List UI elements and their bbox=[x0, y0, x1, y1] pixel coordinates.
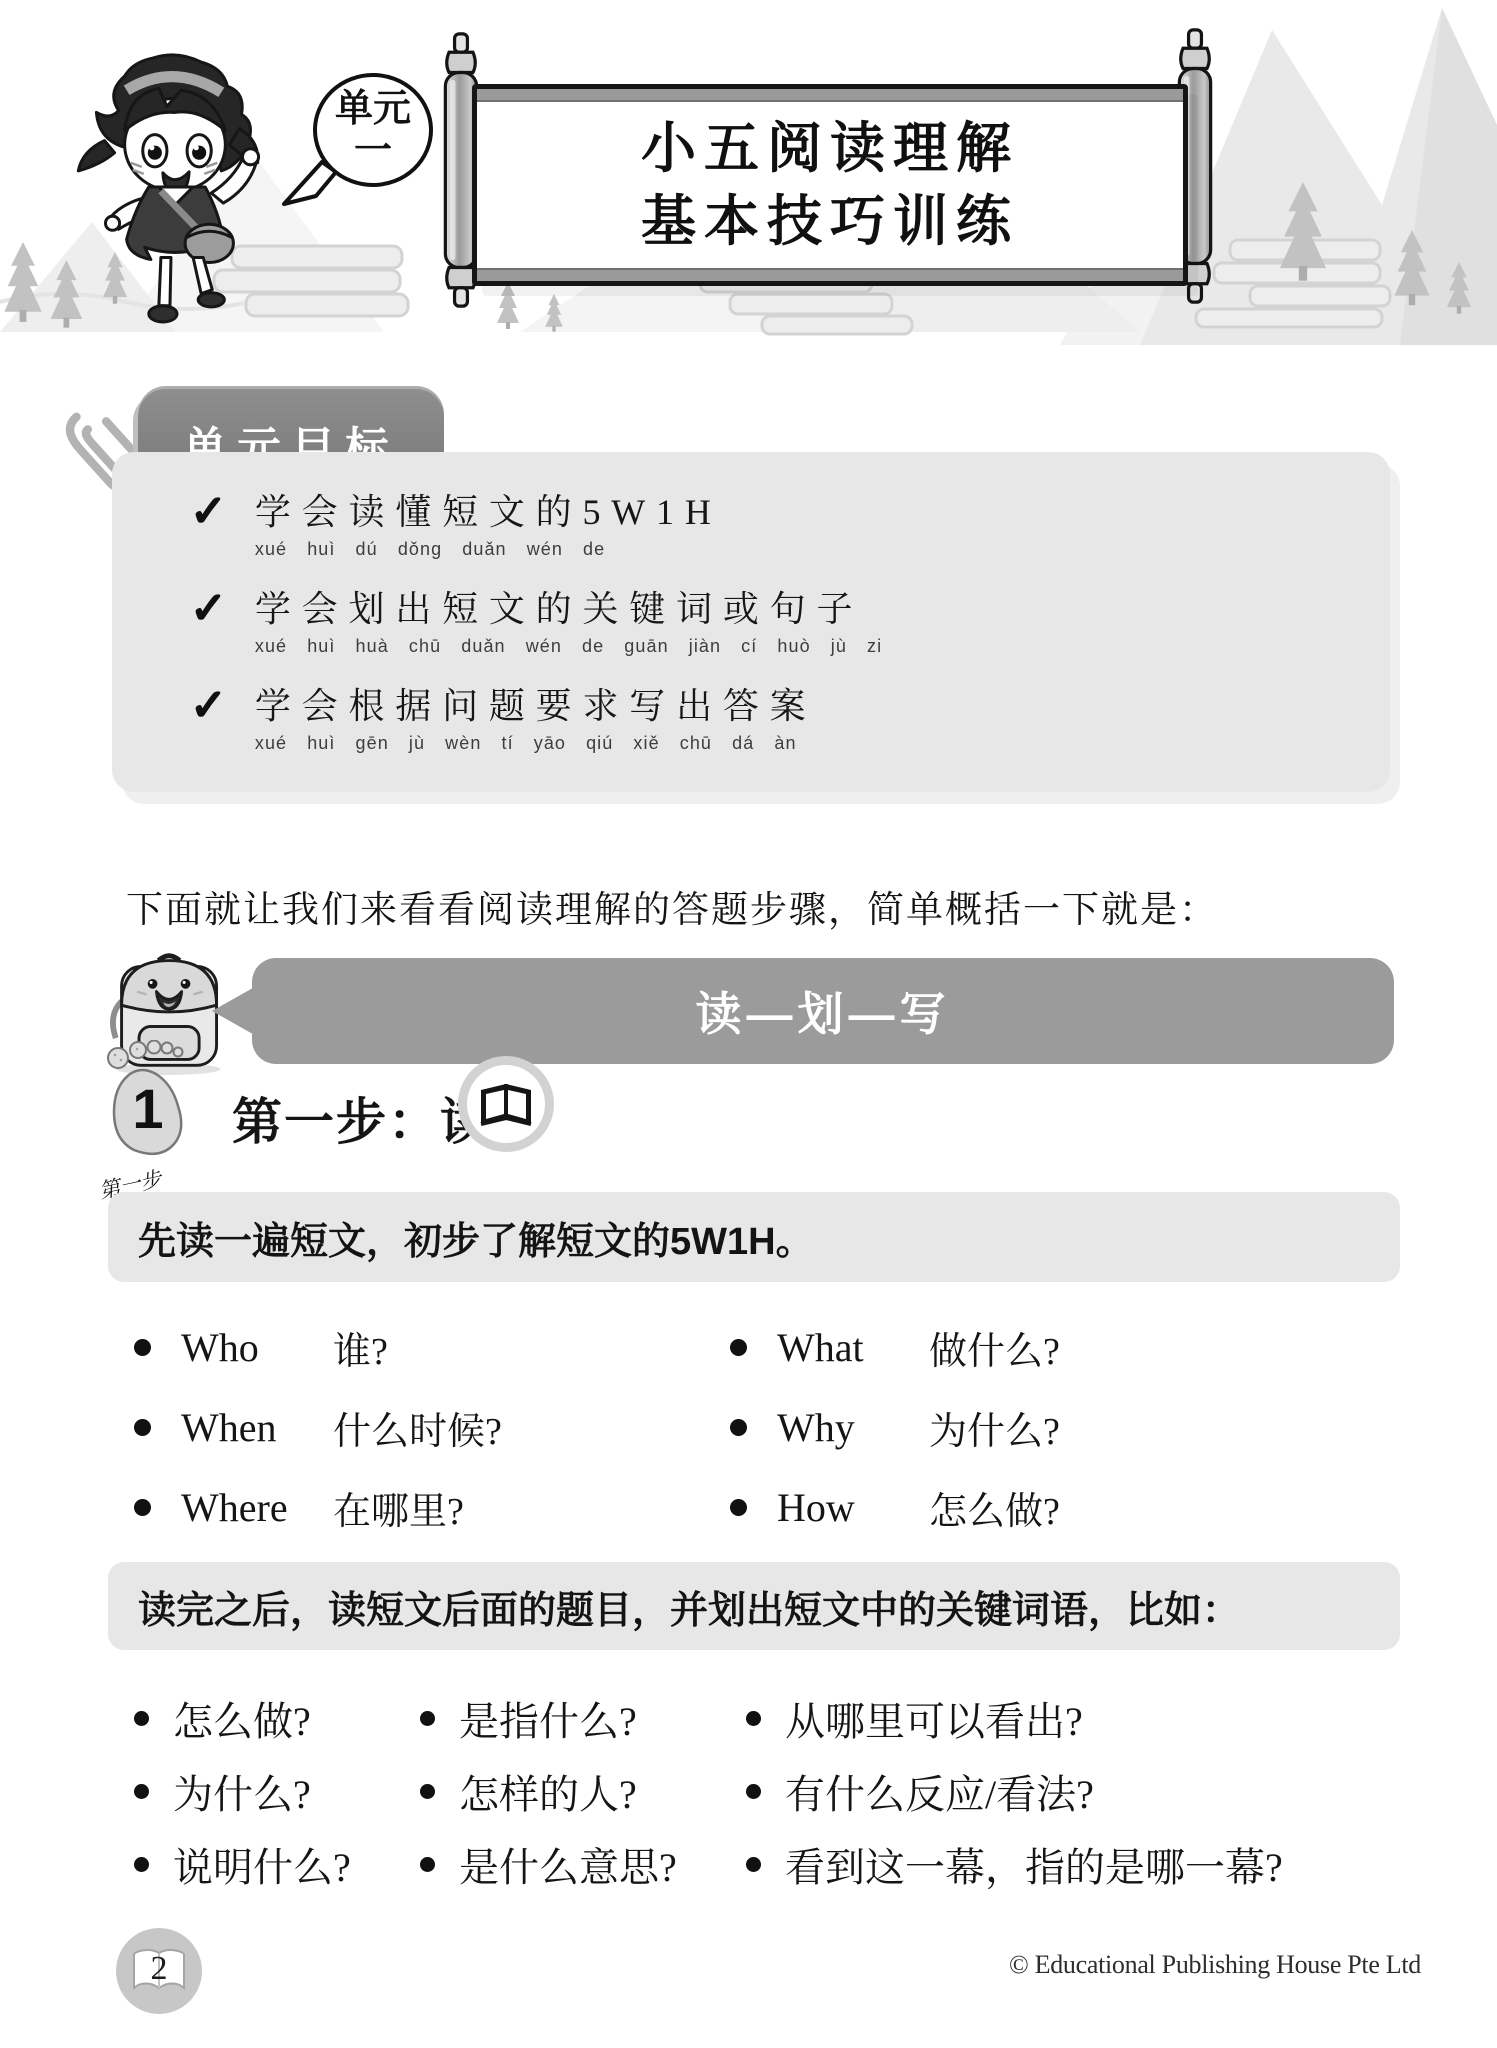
keyword-text: 说明什么? bbox=[173, 1836, 351, 1893]
keyword-text: 是指什么? bbox=[459, 1690, 637, 1747]
page-title: 小五阅读理解 基本技巧训练 bbox=[641, 112, 1019, 257]
list-item: 怎么做? bbox=[134, 1690, 420, 1747]
checkmark-icon: ✓ bbox=[190, 490, 227, 534]
workbook-page: 单元 一 小五阅读理解 bbox=[0, 0, 1497, 2048]
bullet-icon bbox=[134, 1419, 151, 1436]
list-item: What 做什么? bbox=[730, 1320, 1404, 1375]
footprint-step-icon: 1 第一步 bbox=[104, 1040, 204, 1200]
bullet-icon bbox=[420, 1711, 435, 1726]
list-item: How 怎么做? bbox=[730, 1480, 1404, 1535]
intro-paragraph: 下面就让我们来看看阅读理解的答题步骤，简单概括一下就是： bbox=[126, 879, 1436, 933]
w5h1-en: What bbox=[777, 1324, 929, 1371]
student-character-illustration bbox=[70, 50, 282, 332]
list-item: 有什么反应/看法? bbox=[746, 1763, 1424, 1820]
instruction-2-text: 读完之后，读短文后面的题目，并划出短文中的关键词语，比如： bbox=[138, 1579, 1240, 1634]
title-scroll-banner: 小五阅读理解 基本技巧训练 bbox=[472, 84, 1188, 286]
list-item: 为什么? bbox=[134, 1763, 420, 1820]
keyword-text: 怎么做? bbox=[173, 1690, 311, 1747]
bullet-icon bbox=[746, 1711, 761, 1726]
w5h1-zh: 做什么? bbox=[929, 1320, 1060, 1375]
w5h1-en: When bbox=[181, 1404, 333, 1451]
list-item: 是指什么? bbox=[420, 1690, 746, 1747]
keyword-text: 从哪里可以看出? bbox=[785, 1690, 1083, 1747]
w5h1-en: How bbox=[777, 1484, 929, 1531]
page-number: 2 bbox=[116, 1950, 202, 1988]
checkmark-icon: ✓ bbox=[190, 587, 227, 631]
bullet-icon bbox=[134, 1339, 151, 1356]
list-item: 是什么意思? bbox=[420, 1836, 746, 1893]
keyword-text: 为什么? bbox=[173, 1763, 311, 1820]
bullet-icon bbox=[420, 1857, 435, 1872]
objective-pinyin: xué huì dú dǒng duǎn wén de bbox=[255, 539, 722, 560]
method-banner: 读—划—写 bbox=[252, 958, 1394, 1064]
keyword-examples-list: 怎么做? 是指什么? 从哪里可以看出? 为什么? 怎样的人? 有什么反应/看法?… bbox=[134, 1682, 1424, 1901]
w5h1-zh: 怎么做? bbox=[929, 1480, 1060, 1535]
objective-item: ✓ 学会划出短文的关键词或句子 xué huì huà chū duǎn wén… bbox=[190, 587, 1350, 657]
objective-item: ✓ 学会根据问题要求写出答案 xué huì gēn jù wèn tí yāo… bbox=[190, 684, 1350, 754]
bullet-icon bbox=[134, 1499, 151, 1516]
w5h1-zh: 为什么? bbox=[929, 1400, 1060, 1455]
objectives-panel: ✓ 学会读懂短文的5W1H xué huì dú dǒng duǎn wén d… bbox=[112, 452, 1390, 792]
keyword-text: 有什么反应/看法? bbox=[785, 1763, 1094, 1820]
w5h1-zh: 谁? bbox=[333, 1320, 388, 1375]
checkmark-icon: ✓ bbox=[190, 684, 227, 728]
list-item: 怎样的人? bbox=[420, 1763, 746, 1820]
list-item: 说明什么? bbox=[134, 1836, 420, 1893]
bullet-icon bbox=[730, 1499, 747, 1516]
copyright-text: © Educational Publishing House Pte Ltd bbox=[1009, 1950, 1421, 1980]
instruction-bar-2: 读完之后，读短文后面的题目，并划出短文中的关键词语，比如： bbox=[108, 1562, 1400, 1650]
keyword-text: 看到这一幕，指的是哪一幕? bbox=[785, 1836, 1283, 1893]
w5h1-zh: 什么时候? bbox=[333, 1400, 502, 1455]
step-number: 1 bbox=[104, 1076, 192, 1141]
keyword-text: 怎样的人? bbox=[459, 1763, 637, 1820]
page-number-badge: 2 bbox=[116, 1928, 202, 2014]
keyword-text: 是什么意思? bbox=[459, 1836, 677, 1893]
list-item: When 什么时候? bbox=[134, 1400, 730, 1455]
unit-label: 单元 bbox=[335, 88, 411, 130]
w5h1-en: Where bbox=[181, 1484, 333, 1531]
instruction-bar-1: 先读一遍短文，初步了解短文的5W1H。 bbox=[108, 1192, 1400, 1282]
list-item: Where 在哪里? bbox=[134, 1480, 730, 1535]
bullet-icon bbox=[134, 1857, 149, 1872]
list-item: 看到这一幕，指的是哪一幕? bbox=[746, 1836, 1424, 1893]
list-item: Why 为什么? bbox=[730, 1400, 1404, 1455]
w5h1-zh: 在哪里? bbox=[333, 1480, 464, 1535]
instruction-1-text: 先读一遍短文，初步了解短文的5W1H。 bbox=[138, 1210, 814, 1265]
objective-pinyin: xué huì gēn jù wèn tí yāo qiú xiě chū dá… bbox=[255, 733, 817, 754]
method-banner-text: 读—划—写 bbox=[696, 978, 951, 1044]
list-item: Who 谁? bbox=[134, 1320, 730, 1375]
w5h1-en: Who bbox=[181, 1324, 333, 1371]
bullet-icon bbox=[746, 1857, 761, 1872]
objective-text: 学会读懂短文的5W1H bbox=[255, 490, 722, 534]
bullet-icon bbox=[730, 1339, 747, 1356]
list-item: 从哪里可以看出? bbox=[746, 1690, 1424, 1747]
bullet-icon bbox=[746, 1784, 761, 1799]
unit-bubble-text: 单元 一 bbox=[318, 90, 428, 171]
unit-number: 一 bbox=[318, 132, 428, 172]
objective-text: 学会根据问题要求写出答案 bbox=[255, 684, 817, 728]
w5h1-en: Why bbox=[777, 1404, 929, 1451]
objective-text: 学会划出短文的关键词或句子 bbox=[255, 587, 882, 631]
objective-item: ✓ 学会读懂短文的5W1H xué huì dú dǒng duǎn wén d… bbox=[190, 490, 1350, 560]
bullet-icon bbox=[134, 1711, 149, 1726]
bullet-icon bbox=[420, 1784, 435, 1799]
open-book-icon bbox=[458, 1056, 554, 1152]
step-heading: 第一步：读 bbox=[232, 1082, 492, 1154]
w5h1-list: Who 谁? What 做什么? When 什么时候? Why 为什么? Whe… bbox=[134, 1307, 1404, 1547]
page-title-line1: 小五阅读理解 bbox=[641, 112, 1019, 185]
bullet-icon bbox=[730, 1419, 747, 1436]
page-title-line2: 基本技巧训练 bbox=[641, 185, 1019, 258]
bullet-icon bbox=[134, 1784, 149, 1799]
objective-pinyin: xué huì huà chū duǎn wén de guān jiàn cí… bbox=[255, 636, 882, 657]
